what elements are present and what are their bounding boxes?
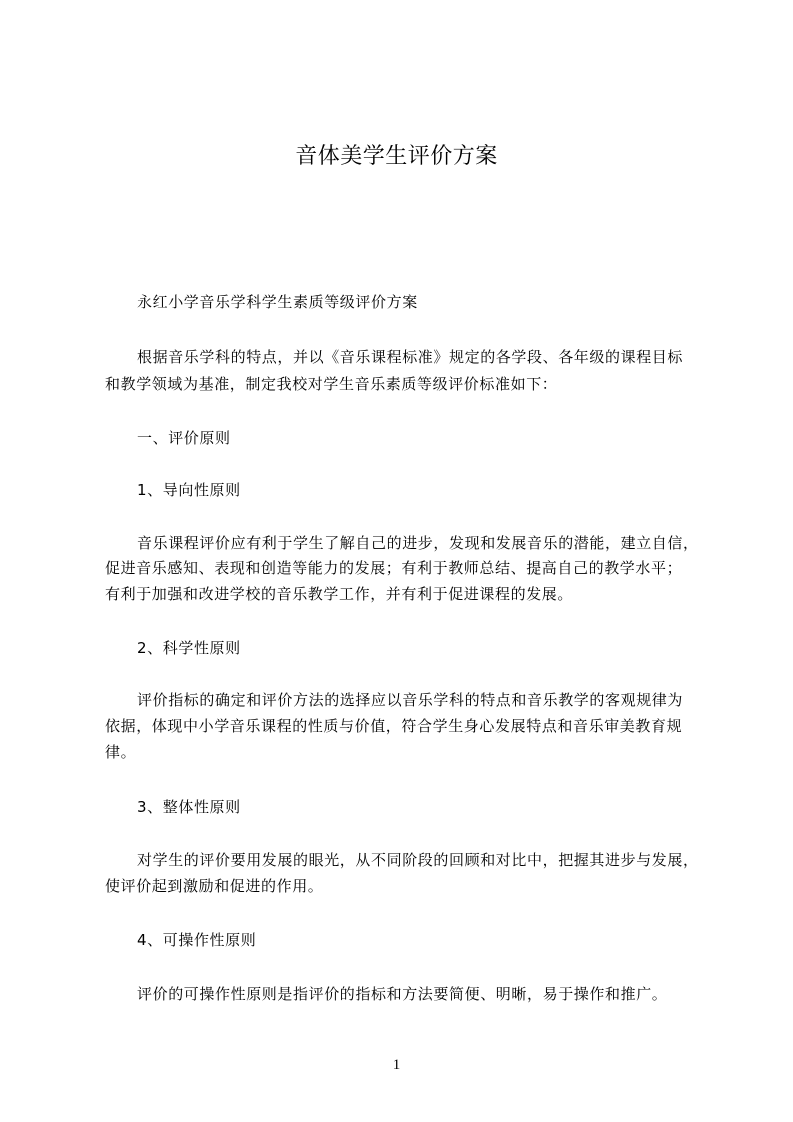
principle-2-line-1: 评价指标的确定和评价方法的选择应以音乐学科的特点和音乐教学的客观规律为 <box>137 690 683 710</box>
document-subtitle: 永红小学音乐学科学生素质等级评价方案 <box>137 292 418 312</box>
document-page: 音体美学生评价方案 永红小学音乐学科学生素质等级评价方案 根据音乐学科的特点，并… <box>0 0 793 1122</box>
principle-2-line-3: 律。 <box>105 742 136 762</box>
section-heading: 一、评价原则 <box>137 428 231 448</box>
page-number: 1 <box>0 1055 793 1075</box>
principle-4-line-1: 评价的可操作性原则是指评价的指标和方法要简便、明晰，易于操作和推广。 <box>137 984 667 1004</box>
principle-1-line-1: 音乐课程评价应有利于学生了解自己的进步，发现和发展音乐的潜能，建立自信， <box>137 533 699 553</box>
principle-1-line-3: 有利于加强和改进学校的音乐教学工作，并有利于促进课程的发展。 <box>105 584 573 604</box>
intro-line-2: 和教学领域为基准，制定我校对学生音乐素质等级评价标准如下： <box>105 374 557 394</box>
principle-3-line-2: 使评价起到激励和促进的作用。 <box>105 876 323 896</box>
principle-1-line-2: 促进音乐感知、表现和创造等能力的发展；有利于教师总结、提高自己的教学水平； <box>105 558 682 578</box>
intro-line-1: 根据音乐学科的特点，并以《音乐课程标准》规定的各学段、各年级的课程目标 <box>137 347 683 367</box>
document-title: 音体美学生评价方案 <box>0 141 793 173</box>
principle-2-heading: 2、科学性原则 <box>137 638 241 658</box>
principle-4-heading: 4、可操作性原则 <box>137 930 256 950</box>
principle-3-line-1: 对学生的评价要用发展的眼光，从不同阶段的回顾和对比中，把握其进步与发展， <box>137 850 699 870</box>
principle-3-heading: 3、整体性原则 <box>137 797 241 817</box>
principle-2-line-2: 依据，体现中小学音乐课程的性质与价值，符合学生身心发展特点和音乐审美教育规 <box>105 716 682 736</box>
principle-1-heading: 1、导向性原则 <box>137 480 241 500</box>
